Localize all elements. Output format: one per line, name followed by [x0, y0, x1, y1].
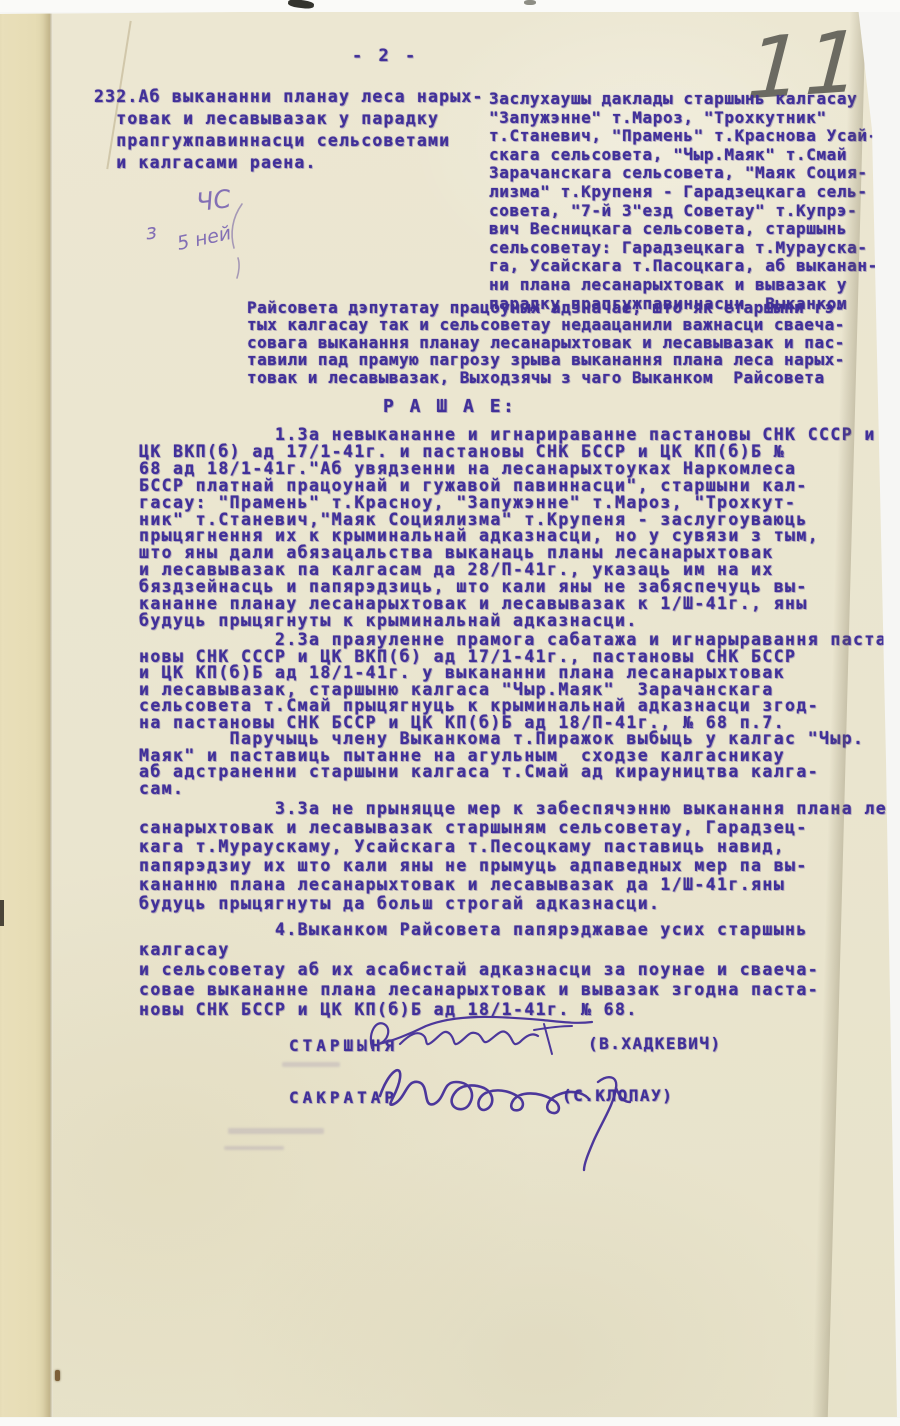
- document-scan: { "page": { "number_label": "- 2 -", "fo…: [0, 0, 900, 1426]
- resolution-title: Р А Ш А Е:: [383, 396, 516, 417]
- scan-background-top: [0, 0, 900, 12]
- staple-hole: [55, 1370, 60, 1381]
- margin-note-bottom: 5 ней: [175, 222, 233, 255]
- handwritten-margin-note: ЧС з 5 ней: [131, 177, 301, 286]
- page-fold-strip: [0, 0, 50, 1426]
- ghost-ink-mark: [224, 1146, 284, 1150]
- secretary-name: (С.КЛОПАУ): [562, 1086, 673, 1105]
- ghost-ink-mark: [228, 1128, 324, 1134]
- edge-ink-tick: [0, 900, 4, 926]
- pencil-bracket-scribble: [226, 200, 248, 280]
- resolution-paragraph-3: 3.За не прыняцце мер к забеспячэнню выка…: [139, 799, 898, 913]
- scan-background-bottom: [0, 1418, 900, 1426]
- intro-right-column: Заслухаушы даклады старшынь калгасау "За…: [489, 90, 878, 313]
- paper-sheet: - 2 - 116 232.Аб выкананни планау леса н…: [0, 0, 900, 1426]
- resolution-paragraph-1: 1.За невыкананне и игнарираванне пастано…: [139, 427, 876, 630]
- resolution-paragraph-4: 4.Выканком Райсовета папярэджавае усих с…: [139, 920, 900, 1020]
- chairman-name: (В.ХАДКЕВИЧ): [588, 1034, 722, 1053]
- page-number: - 2 -: [352, 46, 418, 66]
- margin-note-left: з: [144, 219, 158, 244]
- intro-continuation: Райсовета дэпутатау працоуных адзначае, …: [247, 299, 845, 386]
- case-heading: 232.Аб выкананни планау леса нарых- това…: [94, 86, 484, 174]
- vertical-crease: [50, 0, 53, 1426]
- resolution-paragraph-2: 2.За праяуленне прамога сабатажа и игнар…: [139, 632, 898, 797]
- scan-debris-mark: [524, 0, 536, 5]
- secretary-signature: [372, 1052, 652, 1172]
- ghost-ink-mark: [282, 1062, 340, 1067]
